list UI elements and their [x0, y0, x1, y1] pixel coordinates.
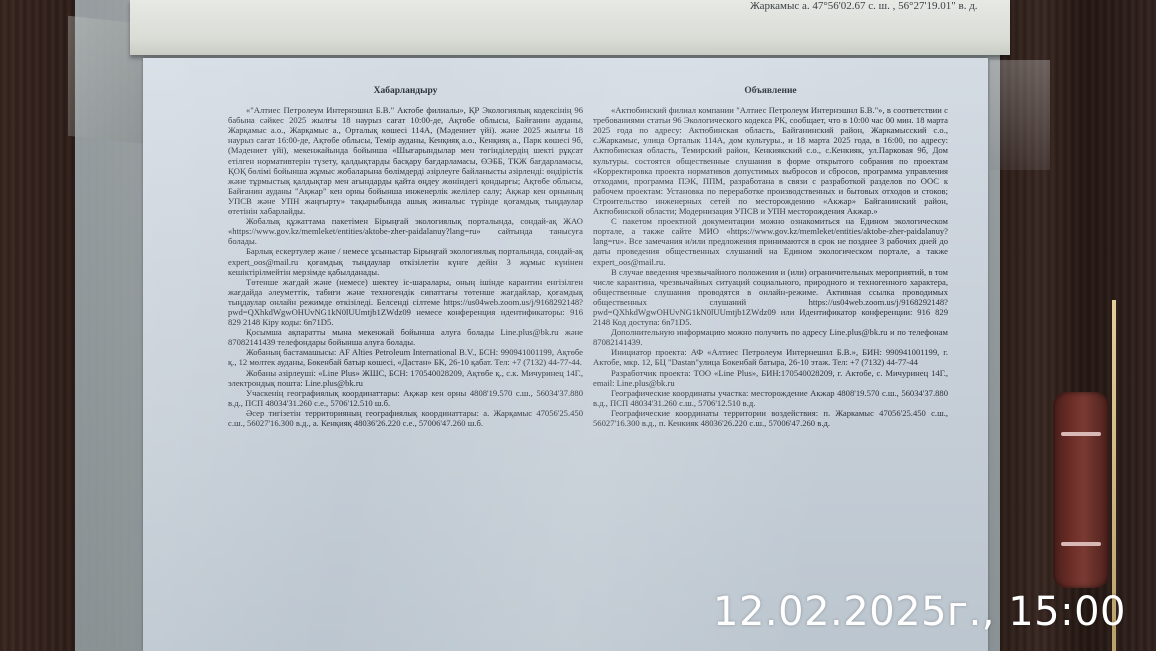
notice-russian: Объявление «Актюбинский филиал компании …: [593, 86, 948, 428]
paragraph: «Актюбинский филиал компании "Алтиес Пет…: [593, 105, 948, 216]
paragraph: Төтенше жағдай және (немесе) шектеу іс-ш…: [228, 277, 583, 327]
announcement-sheet: Хабарландыру «"Алтиес Петролеум Интернэш…: [143, 58, 988, 651]
paragraph: С пакетом проектной документации можно о…: [593, 216, 948, 266]
photo-timestamp: 12.02.2025г., 15:00: [713, 589, 1126, 635]
paragraph: В случае введения чрезвычайного положени…: [593, 267, 948, 328]
paragraph: Географические координаты участка: место…: [593, 388, 948, 408]
paragraph: Инициатор проекта: АФ «Алтиес Петролеум …: [593, 347, 948, 367]
paragraph: «"Алтиес Петролеум Интернэшнл Б.В." Акто…: [228, 105, 583, 216]
paragraph: Дополнительную информацию можно получить…: [593, 327, 948, 347]
paragraph: Әсер тигізетін территорияның географиялы…: [228, 408, 583, 428]
paragraph: Жобаны әзірлеуші: «Line Plus» ЖШС, БСН: …: [228, 368, 583, 388]
paragraph: Географические координаты территории воз…: [593, 408, 948, 428]
notice-kazakh-title: Хабарландыру: [228, 86, 583, 96]
paragraph: Барлық ескертулер және / немесе ұсыныста…: [228, 246, 583, 276]
paragraph: Жобаның бастамашысы: AF Alties Petroleum…: [228, 347, 583, 367]
paragraph: Разработчик проекта: ТОО «Line Plus», БИ…: [593, 368, 948, 388]
tape-strip-right: [990, 60, 1050, 170]
door-hinge: [1053, 392, 1109, 588]
paragraph: Жобалық құжаттама пакетімен Бірыңғай эко…: [228, 216, 583, 246]
paragraph: Учаскенің географиялық координаттары: Ақ…: [228, 388, 583, 408]
hinge-ring: [1061, 542, 1101, 546]
notice-russian-title: Объявление: [593, 86, 948, 96]
upper-notice-coordinates: Жаркамыс а. 47°56'02.67 с. ш. , 56°27'19…: [750, 0, 978, 12]
notice-kazakh: Хабарландыру «"Алтиес Петролеум Интернэш…: [228, 86, 583, 428]
upper-notice-sheet: Жаркамыс а. 47°56'02.67 с. ш. , 56°27'19…: [130, 0, 1010, 55]
hinge-ring: [1061, 432, 1101, 436]
paragraph: Қосымша ақпаратты мына мекенжай бойынша …: [228, 327, 583, 347]
